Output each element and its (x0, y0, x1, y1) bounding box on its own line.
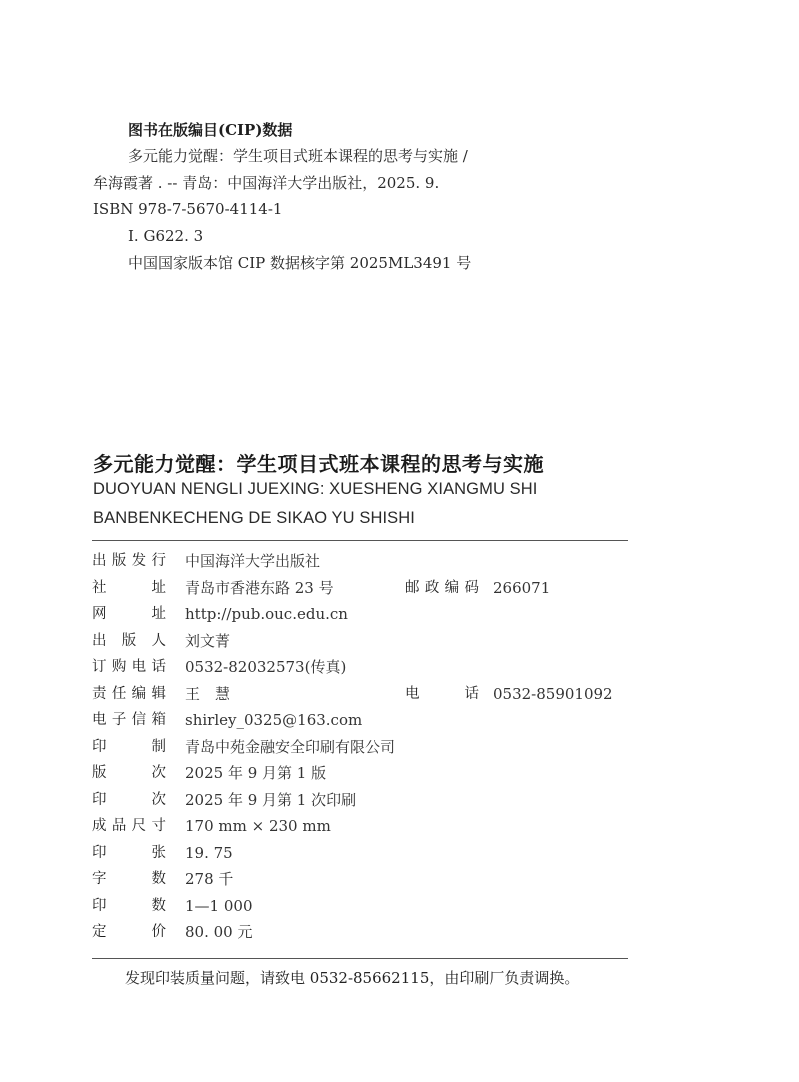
detail-value: 中国海洋大学出版社 (185, 548, 320, 574)
detail-label: 印次 (92, 787, 166, 813)
detail-value: 刘文菁 (185, 628, 230, 654)
book-title-pinyin-1: DUOYUAN NENGLI JUEXING: XUESHENG XIANGMU… (93, 480, 537, 499)
detail-label: 社址 (92, 575, 166, 601)
detail-row: 印次2025 年 9 月第 1 次印刷 (92, 787, 628, 813)
detail-row: 出版人刘文菁 (92, 628, 628, 654)
detail-row: 电子信箱shirley_0325@163.com (92, 707, 628, 733)
detail-value: 1—1 000 (185, 893, 253, 919)
detail-value: 19. 75 (185, 840, 233, 866)
cip-line-record: 中国国家版本馆 CIP 数据核字第 2025ML3491 号 (128, 250, 471, 276)
detail-value: 王 慧 (185, 681, 230, 707)
detail-label: 印张 (92, 840, 166, 866)
book-title-pinyin-2: BANBENKECHENG DE SIKAO YU SHISHI (93, 509, 415, 528)
bottom-divider (92, 958, 628, 959)
detail-label: 版次 (92, 760, 166, 786)
cip-line-classification: Ⅰ. G622. 3 (128, 223, 203, 249)
detail-value: 80. 00 元 (185, 919, 252, 945)
detail-value-secondary: 0532-85901092 (493, 681, 613, 707)
top-divider (92, 540, 628, 541)
detail-row: 订购电话0532-82032573(传真) (92, 654, 628, 680)
cip-line-author: 牟海霞著 . -- 青岛：中国海洋大学出版社，2025. 9. (93, 170, 439, 196)
detail-value: 278 千 (185, 866, 233, 892)
detail-row: 版次2025 年 9 月第 1 版 (92, 760, 628, 786)
detail-value: 2025 年 9 月第 1 版 (185, 760, 326, 786)
detail-label: 责任编辑 (92, 681, 166, 707)
detail-label: 电子信箱 (92, 707, 166, 733)
detail-label-secondary: 邮政编码 (405, 575, 479, 601)
detail-label: 网址 (92, 601, 166, 627)
detail-label: 印制 (92, 734, 166, 760)
detail-row: 印制青岛中苑金融安全印刷有限公司 (92, 734, 628, 760)
detail-row: 定价80. 00 元 (92, 919, 628, 945)
detail-row: 网址http://pub.ouc.edu.cn (92, 601, 628, 627)
detail-label: 出版人 (92, 628, 166, 654)
cip-heading: 图书在版编目(CIP)数据 (128, 117, 292, 143)
detail-row: 责任编辑王 慧电话0532-85901092 (92, 681, 628, 707)
detail-value: 青岛中苑金融安全印刷有限公司 (185, 734, 395, 760)
detail-label: 出版发行 (92, 548, 166, 574)
book-title: 多元能力觉醒：学生项目式班本课程的思考与实施 (93, 448, 544, 477)
detail-value: 青岛市香港东路 23 号 (185, 575, 334, 601)
detail-row: 字数278 千 (92, 866, 628, 892)
detail-row: 印张19. 75 (92, 840, 628, 866)
detail-row: 成品尺寸170 mm × 230 mm (92, 813, 628, 839)
quality-notice: 发现印装质量问题，请致电 0532-85662115，由印刷厂负责调换。 (125, 967, 579, 988)
detail-value: 2025 年 9 月第 1 次印刷 (185, 787, 356, 813)
cip-line-title: 多元能力觉醒：学生项目式班本课程的思考与实施 / (128, 143, 468, 169)
detail-label: 定价 (92, 919, 166, 945)
detail-row: 出版发行中国海洋大学出版社 (92, 548, 628, 574)
detail-label-secondary: 电话 (405, 681, 479, 707)
detail-value: 170 mm × 230 mm (185, 813, 331, 839)
detail-value: shirley_0325@163.com (185, 707, 362, 733)
detail-label: 字数 (92, 866, 166, 892)
detail-row: 社址青岛市香港东路 23 号邮政编码266071 (92, 575, 628, 601)
detail-value: http://pub.ouc.edu.cn (185, 601, 348, 627)
detail-label: 成品尺寸 (92, 813, 166, 839)
detail-label: 订购电话 (92, 654, 166, 680)
detail-value-secondary: 266071 (493, 575, 550, 601)
detail-row: 印数1—1 000 (92, 893, 628, 919)
cip-line-isbn: ISBN 978-7-5670-4114-1 (93, 196, 282, 222)
detail-value: 0532-82032573(传真) (185, 654, 346, 680)
detail-label: 印数 (92, 893, 166, 919)
